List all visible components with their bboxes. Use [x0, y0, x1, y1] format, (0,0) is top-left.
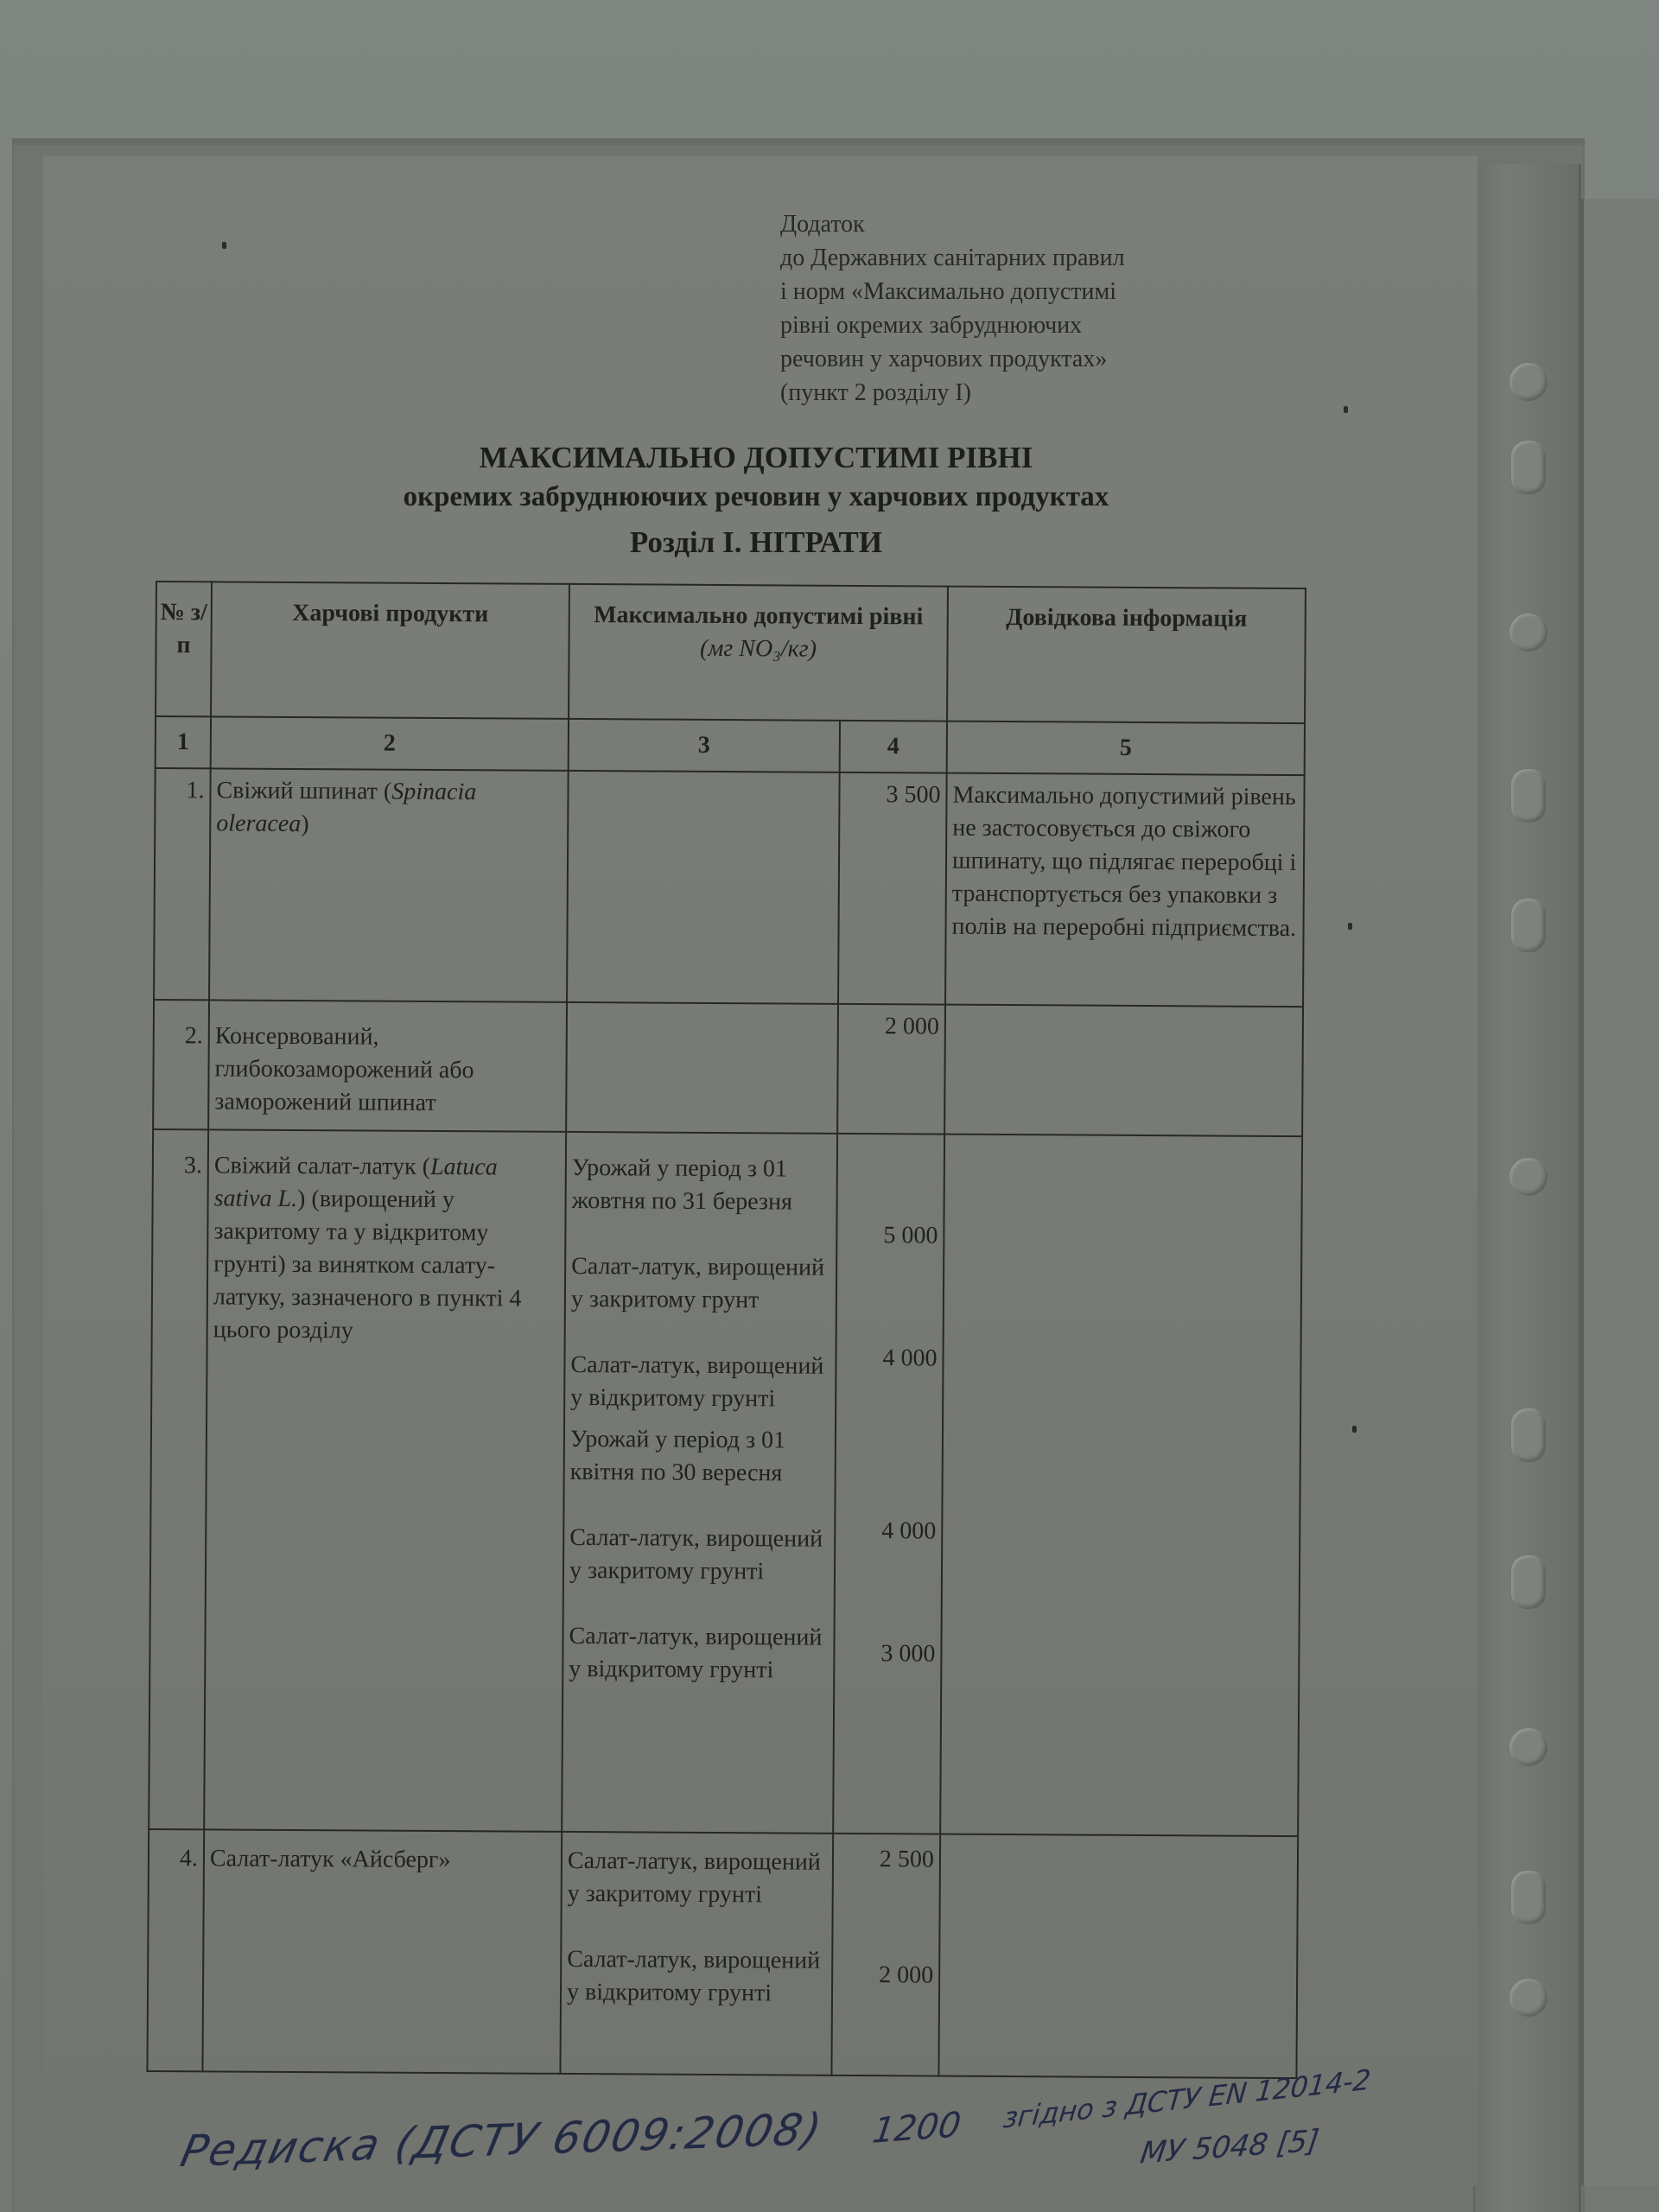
table-row: 1. Свіжий шпинат (Spinacia oleracea) 3 5…: [154, 768, 1305, 1007]
table-row: 3. Свіжий салат-латук (Latuca sativa L.)…: [149, 1129, 1302, 1836]
condition-text: Салат-латук, вирощений у відкритому грун…: [569, 1620, 828, 1688]
condition-text: Салат-латук, вирощений у закритому грунт: [571, 1250, 830, 1318]
table-row: 4. Салат-латук «Айсберг» Салат-латук, ви…: [147, 1829, 1298, 2078]
max-level-value: 3 000: [840, 1637, 935, 1671]
reference-cell: [938, 1834, 1298, 2079]
product-cell: Свіжий шпинат (Spinacia oleracea): [209, 768, 569, 1002]
header-num: № з/п: [156, 582, 212, 716]
max-level-value: 5 000: [842, 1219, 938, 1253]
header-reference: Довідкова інформація: [947, 587, 1306, 724]
column-index-row: 1 2 3 4 5: [156, 716, 1305, 775]
header-max-levels-label: Максимально допустимі рівні: [594, 601, 923, 630]
condition-cell: Урожай у період з 01 жовтня по 31 березн…: [562, 1132, 837, 1834]
punch-hole-icon: [1511, 769, 1546, 823]
appendix-line: до Державних санітарних правил: [780, 241, 1264, 275]
max-level-value: 3 500: [838, 772, 947, 1005]
punch-hole-icon: [1511, 1408, 1546, 1462]
header-max-levels: Максимально допустимі рівні (мг NO₃/кг): [569, 584, 948, 721]
harvest-period: Урожай у період з 01 квітня по 30 вересн…: [570, 1423, 829, 1491]
nitrates-table: № з/п Харчові продукти Максимально допус…: [146, 581, 1306, 2079]
punch-hole-icon: [1510, 1728, 1548, 1766]
punch-hole-icon: [1511, 1871, 1546, 1924]
appendix-line: Додаток: [780, 207, 1264, 241]
table-row: 2. Консервований, глибокозаморожений або…: [153, 1000, 1303, 1136]
product-cell: Свіжий салат-латук (Latuca sativa L.) (в…: [204, 1129, 566, 1832]
punch-hole-icon: [1510, 1158, 1548, 1196]
document-title: МАКСИМАЛЬНО ДОПУСТИМІ РІВНІ: [43, 441, 1469, 475]
punch-hole-icon: [1510, 363, 1548, 401]
header-product: Харчові продукти: [211, 582, 569, 719]
column-index: 3: [569, 719, 840, 772]
row-number: 2.: [153, 1000, 209, 1129]
row-number: 1.: [154, 768, 211, 1000]
adjacent-page: [1581, 199, 1659, 2186]
reference-cell: Максимально допустимий рівень не застосо…: [945, 773, 1305, 1007]
max-level-cell: 5 000 4 000 4 000 3 000: [833, 1134, 944, 1834]
appendix-line: речовин у харчових продуктах»: [780, 342, 1264, 376]
appendix-line: (пункт 2 розділу I): [780, 376, 1264, 410]
paper-speck: [1352, 1426, 1357, 1433]
max-level-value: 2 000: [838, 1959, 933, 1993]
product-cell: Консервований, глибокозаморожений або за…: [208, 1000, 567, 1132]
handwritten-note-radish: Редиска (ДСТУ 6009:2008): [176, 2104, 827, 2177]
max-level-value: 2 500: [839, 1843, 934, 1877]
document-page: Додаток до Державних санітарних правил і…: [43, 156, 1478, 2186]
condition-cell: [567, 771, 840, 1004]
column-index: 2: [211, 716, 569, 771]
appendix-line: і норм «Максимально допустимі: [780, 275, 1264, 308]
condition-cell: Салат-латук, вирощений у закритому грунт…: [560, 1832, 833, 2075]
row-number: 3.: [149, 1129, 208, 1829]
max-level-value: 2 000: [837, 1004, 945, 1135]
handwritten-note-method: МУ 5048 [5]: [1138, 2124, 1321, 2171]
column-index: 4: [840, 721, 947, 773]
appendix-line: рівні окремих забруднюючих: [780, 308, 1264, 342]
section-title: Розділ I. НІТРАТИ: [43, 525, 1469, 560]
max-level-value: 4 000: [841, 1515, 936, 1548]
condition-cell: [566, 1002, 838, 1134]
header-unit: (мг NO₃/кг): [700, 635, 817, 663]
binder-strip: [1473, 164, 1581, 2212]
paper-speck: [1344, 406, 1348, 413]
paper-speck: [1348, 923, 1352, 930]
paper-speck: [222, 242, 226, 249]
handwritten-note-value: 1200: [870, 2105, 963, 2152]
row-number: 4.: [147, 1829, 204, 2071]
punch-hole-icon: [1511, 899, 1546, 952]
column-index: 1: [156, 716, 211, 768]
condition-text: Салат-латук, вирощений у закритому грунт…: [569, 1522, 829, 1589]
punch-hole-icon: [1510, 1979, 1548, 2017]
reference-cell: [940, 1135, 1302, 1837]
max-level-cell: 2 500 2 000: [831, 1834, 940, 2076]
reference-cell: [944, 1005, 1303, 1137]
punch-hole-icon: [1511, 441, 1546, 494]
condition-text: Салат-латук, вирощений у відкритому грун…: [570, 1349, 829, 1416]
document-subtitle: окремих забруднюючих речовин у харчових …: [43, 481, 1469, 513]
harvest-period: Урожай у період з 01 жовтня по 31 березн…: [572, 1152, 831, 1219]
product-cell: Салат-латук «Айсберг»: [202, 1829, 562, 2074]
appendix-note: Додаток до Державних санітарних правил і…: [780, 207, 1264, 410]
column-index: 5: [947, 721, 1305, 776]
max-level-value: 4 000: [842, 1342, 937, 1376]
condition-text: Салат-латук, вирощений у відкритому грун…: [567, 1943, 826, 2011]
punch-hole-icon: [1510, 613, 1548, 652]
punch-hole-icon: [1511, 1555, 1546, 1609]
condition-text: Салат-латук, вирощений у закритому грунт…: [568, 1845, 827, 1912]
header-row: № з/п Харчові продукти Максимально допус…: [156, 582, 1306, 723]
